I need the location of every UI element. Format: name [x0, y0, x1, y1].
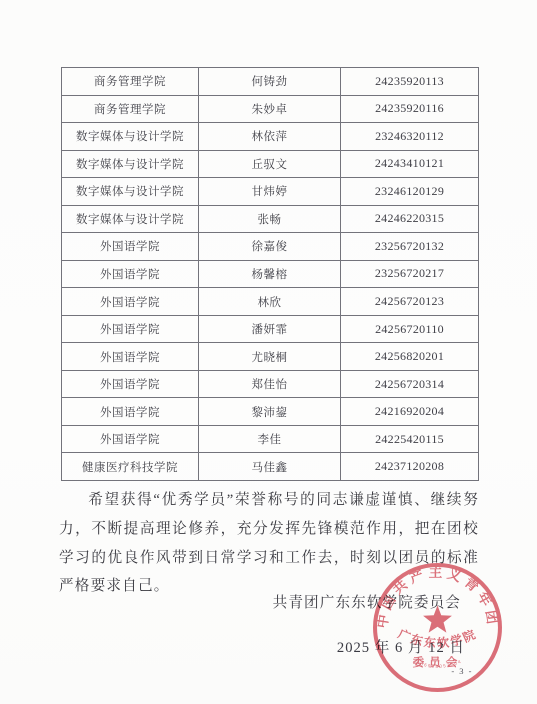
student-id-cell: 24246220315: [341, 205, 479, 233]
table-row: 外国语学院林欣24256720123: [62, 288, 479, 316]
document-page: 商务管理学院何铸劲24235920113商务管理学院朱妙卓24235920116…: [0, 0, 537, 704]
student-id-cell: 24243410121: [341, 150, 479, 178]
table-row: 数字媒体与设计学院林依萍23246320112: [62, 123, 479, 151]
student-id-cell: 23246320112: [341, 123, 479, 151]
table-row: 外国语学院潘妍霏24256720110: [62, 315, 479, 343]
student-id-cell: 24256720123: [341, 288, 479, 316]
award-table-body: 商务管理学院何铸劲24235920113商务管理学院朱妙卓24235920116…: [62, 68, 479, 481]
college-cell: 商务管理学院: [62, 68, 199, 96]
student-id-cell: 24235920113: [341, 68, 479, 96]
name-cell: 李佳: [199, 425, 341, 453]
name-cell: 丘驭文: [199, 150, 341, 178]
student-id-cell: 23256720132: [341, 233, 479, 261]
college-cell: 数字媒体与设计学院: [62, 205, 199, 233]
student-id-cell: 23256720217: [341, 260, 479, 288]
name-cell: 马佳鑫: [199, 453, 341, 481]
table-row: 商务管理学院朱妙卓24235920116: [62, 95, 479, 123]
student-id-cell: 24237120208: [341, 453, 479, 481]
table-row: 数字媒体与设计学院张畅24246220315: [62, 205, 479, 233]
college-cell: 外国语学院: [62, 398, 199, 426]
college-cell: 外国语学院: [62, 425, 199, 453]
table-row: 数字媒体与设计学院甘炜婷23246120129: [62, 178, 479, 206]
name-cell: 何铸劲: [199, 68, 341, 96]
name-cell: 林欣: [199, 288, 341, 316]
signature-date: 2025 年 6 月 12 日: [337, 636, 465, 657]
college-cell: 数字媒体与设计学院: [62, 123, 199, 151]
college-cell: 外国语学院: [62, 233, 199, 261]
table-row: 外国语学院李佳24225420115: [62, 425, 479, 453]
table-row: 商务管理学院何铸劲24235920113: [62, 68, 479, 96]
table-row: 外国语学院尤晓桐24256820201: [62, 343, 479, 371]
award-table: 商务管理学院何铸劲24235920113商务管理学院朱妙卓24235920116…: [61, 67, 479, 481]
college-cell: 外国语学院: [62, 370, 199, 398]
table-row: 外国语学院黎沛鋆24216920204: [62, 398, 479, 426]
college-cell: 商务管理学院: [62, 95, 199, 123]
college-cell: 数字媒体与设计学院: [62, 150, 199, 178]
student-id-cell: 24225420115: [341, 425, 479, 453]
page-number: - 3 -: [451, 666, 473, 676]
college-cell: 外国语学院: [62, 343, 199, 371]
table-row: 外国语学院徐嘉俊23256720132: [62, 233, 479, 261]
name-cell: 郑佳怡: [199, 370, 341, 398]
student-id-cell: 24256820201: [341, 343, 479, 371]
college-cell: 健康医疗科技学院: [62, 453, 199, 481]
table-row: 健康医疗科技学院马佳鑫24237120208: [62, 453, 479, 481]
closing-paragraph: 希望获得“优秀学员”荣誉称号的同志谦虚谨慎、继续努力，不断提高理论修养，充分发挥…: [59, 486, 479, 601]
student-id-cell: 24256720110: [341, 315, 479, 343]
college-cell: 外国语学院: [62, 288, 199, 316]
college-cell: 数字媒体与设计学院: [62, 178, 199, 206]
name-cell: 尤晓桐: [199, 343, 341, 371]
name-cell: 杨馨榕: [199, 260, 341, 288]
table-row: 外国语学院郑佳怡24256720314: [62, 370, 479, 398]
name-cell: 徐嘉俊: [199, 233, 341, 261]
name-cell: 朱妙卓: [199, 95, 341, 123]
student-id-cell: 24256720314: [341, 370, 479, 398]
name-cell: 甘炜婷: [199, 178, 341, 206]
table-row: 数字媒体与设计学院丘驭文24243410121: [62, 150, 479, 178]
student-id-cell: 24235920116: [341, 95, 479, 123]
signature-organization: 共青团广东东软学院委员会: [273, 591, 461, 612]
college-cell: 外国语学院: [62, 315, 199, 343]
name-cell: 潘妍霏: [199, 315, 341, 343]
student-id-cell: 24216920204: [341, 398, 479, 426]
student-id-cell: 23246120129: [341, 178, 479, 206]
name-cell: 黎沛鋆: [199, 398, 341, 426]
table-row: 外国语学院杨馨榕23256720217: [62, 260, 479, 288]
name-cell: 林依萍: [199, 123, 341, 151]
college-cell: 外国语学院: [62, 260, 199, 288]
name-cell: 张畅: [199, 205, 341, 233]
